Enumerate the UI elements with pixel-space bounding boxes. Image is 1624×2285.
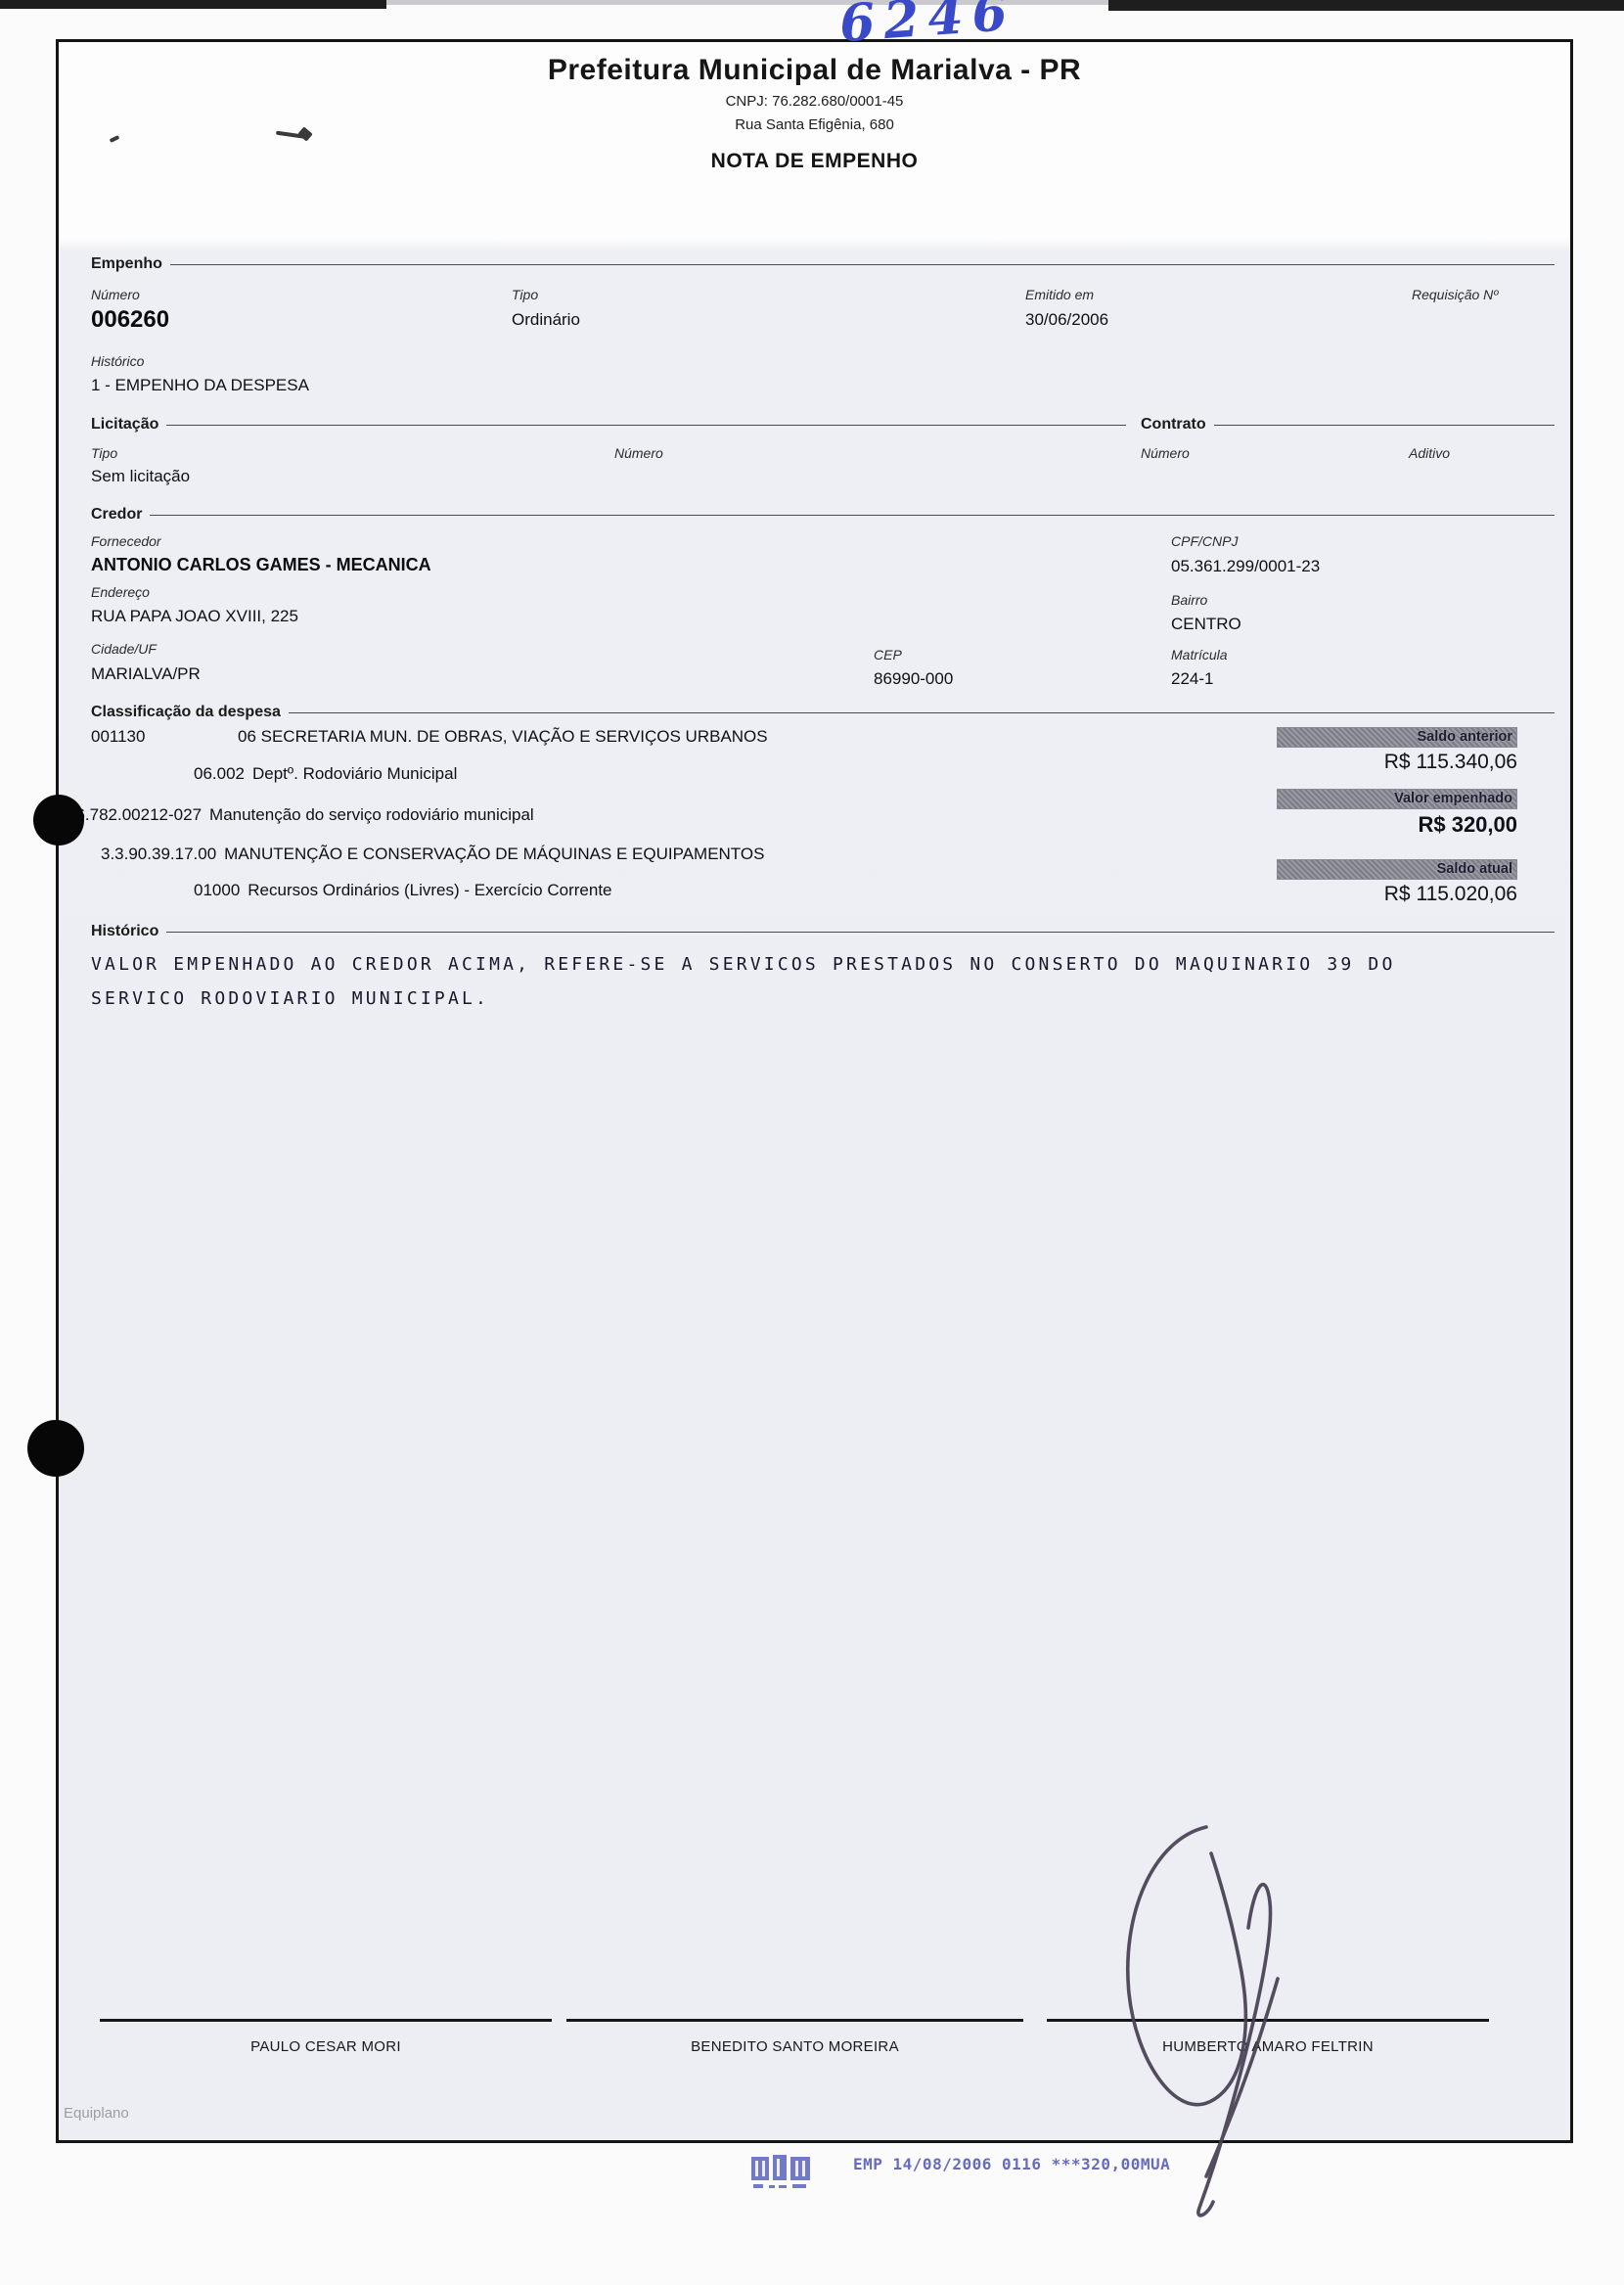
credor-cep-value: 86990-000 (874, 669, 953, 689)
saldo-anterior-label: Saldo anterior (1418, 729, 1518, 745)
credor-matricula-label: Matrícula (1171, 647, 1228, 663)
classificacao-code: 26.782.00212-027 (67, 805, 202, 825)
section-rule (150, 515, 1555, 516)
classificacao-code: 06.002 (194, 764, 245, 784)
section-rule (170, 264, 1555, 265)
credor-cidade-value: MARIALVA/PR (91, 664, 201, 684)
document-frame: Prefeitura Municipal de Marialva - PR CN… (56, 39, 1573, 2143)
hole-punch-bottom (27, 1420, 84, 1477)
classificacao-row: 01000Recursos Ordinários (Livres) - Exer… (194, 881, 612, 900)
empenho-historico-label: Histórico (91, 353, 144, 369)
licitacao-tipo-label: Tipo (91, 445, 117, 461)
saldo-anterior-value: R$ 115.340,06 (1277, 751, 1517, 774)
header-cnpj: CNPJ: 76.282.680/0001-45 (59, 93, 1570, 110)
credor-cpf-label: CPF/CNPJ (1171, 533, 1238, 549)
section-historico-title: Histórico (91, 923, 158, 940)
signature-name: BENEDITO SANTO MOREIRA (566, 2038, 1023, 2055)
section-rule (1214, 425, 1555, 426)
section-credor-title: Credor (91, 506, 142, 524)
credor-fornecedor-label: Fornecedor (91, 533, 161, 549)
historico-text-line1: VALOR EMPENHADO AO CREDOR ACIMA, REFERE-… (91, 947, 1396, 982)
classificacao-desc: Deptº. Rodoviário Municipal (252, 764, 457, 783)
scan-edge-artifact-left (0, 0, 386, 9)
section-licitacao: Licitação (91, 416, 1126, 434)
section-classificacao: Classificação da despesa (91, 704, 1555, 721)
scan-edge-artifact-right (1108, 0, 1624, 11)
section-rule (166, 425, 1126, 426)
section-credor: Credor (91, 506, 1555, 524)
classificacao-desc: Manutenção do serviço rodoviário municip… (209, 805, 534, 824)
section-historico: Histórico (91, 923, 1555, 940)
empenho-tipo-label: Tipo (512, 287, 538, 302)
valor-empenhado-bar: Valor empenhado (1277, 789, 1517, 809)
section-rule (289, 712, 1555, 713)
valor-empenhado-value: R$ 320,00 (1277, 812, 1517, 838)
empenho-emitido-label: Emitido em (1025, 287, 1094, 302)
credor-endereco-label: Endereço (91, 584, 150, 600)
stamp-logo-icon (749, 2151, 822, 2196)
saldo-atual-bar: Saldo atual (1277, 859, 1517, 880)
credor-bairro-label: Bairro (1171, 592, 1207, 608)
signature-line (566, 2019, 1023, 2022)
classificacao-row: 3.3.90.39.17.00MANUTENÇÃO E CONSERVAÇÃO … (101, 845, 764, 864)
credor-endereco-value: RUA PAPA JOAO XVIII, 225 (91, 607, 298, 626)
page-title: Prefeitura Municipal de Marialva - PR (59, 54, 1570, 87)
handwritten-signature (1104, 1812, 1338, 2233)
credor-cep-label: CEP (874, 647, 902, 663)
classificacao-desc: 06 SECRETARIA MUN. DE OBRAS, VIAÇÃO E SE… (238, 727, 768, 746)
empenho-historico-value: 1 - EMPENHO DA DESPESA (91, 376, 309, 395)
section-empenho-title: Empenho (91, 255, 162, 273)
classificacao-row: 00113006 SECRETARIA MUN. DE OBRAS, VIAÇÃ… (91, 727, 768, 747)
credor-cidade-label: Cidade/UF (91, 641, 157, 657)
signature-line (100, 2019, 552, 2022)
contrato-aditivo-label: Aditivo (1409, 445, 1450, 461)
section-classificacao-title: Classificação da despesa (91, 704, 281, 721)
scanned-document-page: 6246 Prefeitura Municipal de Marialva - … (0, 0, 1624, 2285)
empenho-requisicao-label: Requisição Nº (1412, 287, 1498, 302)
historico-text-line2: SERVICO RODOVIARIO MUNICIPAL. (91, 982, 489, 1016)
saldo-atual-label: Saldo atual (1437, 861, 1517, 877)
section-contrato-title: Contrato (1141, 416, 1206, 434)
section-licitacao-title: Licitação (91, 416, 158, 434)
classificacao-row: 26.782.00212-027Manutenção do serviço ro… (67, 805, 534, 825)
valor-empenhado-label: Valor empenhado (1394, 791, 1517, 806)
contrato-numero-label: Número (1141, 445, 1190, 461)
hole-punch-top (33, 795, 84, 845)
empenho-tipo-value: Ordinário (512, 310, 580, 330)
saldo-atual-value: R$ 115.020,06 (1277, 883, 1517, 906)
saldo-anterior-bar: Saldo anterior (1277, 727, 1517, 748)
empenho-numero-label: Número (91, 287, 140, 302)
section-contrato: Contrato (1141, 416, 1555, 434)
credor-matricula-value: 224-1 (1171, 669, 1213, 689)
classificacao-row: 06.002Deptº. Rodoviário Municipal (194, 764, 457, 784)
classificacao-code: 001130 (91, 727, 230, 747)
classificacao-code: 3.3.90.39.17.00 (101, 845, 216, 864)
software-brand: Equiplano (64, 2105, 129, 2122)
empenho-numero-value: 006260 (91, 306, 169, 334)
classificacao-desc: Recursos Ordinários (Livres) - Exercício… (248, 881, 611, 899)
licitacao-numero-label: Número (614, 445, 663, 461)
credor-fornecedor-value: ANTONIO CARLOS GAMES - MECANICA (91, 555, 431, 575)
document-type-title: NOTA DE EMPENHO (59, 150, 1570, 173)
licitacao-tipo-value: Sem licitação (91, 467, 190, 486)
credor-bairro-value: CENTRO (1171, 615, 1241, 634)
classificacao-desc: MANUTENÇÃO E CONSERVAÇÃO DE MÁQUINAS E E… (224, 845, 764, 863)
header-address: Rua Santa Efigênia, 680 (59, 116, 1570, 133)
signature-name: PAULO CESAR MORI (100, 2038, 552, 2055)
classificacao-code: 01000 (194, 881, 240, 900)
section-rule (166, 932, 1555, 933)
empenho-emitido-value: 30/06/2006 (1025, 310, 1108, 330)
section-empenho: Empenho (91, 255, 1555, 273)
credor-cpf-value: 05.361.299/0001-23 (1171, 557, 1320, 576)
